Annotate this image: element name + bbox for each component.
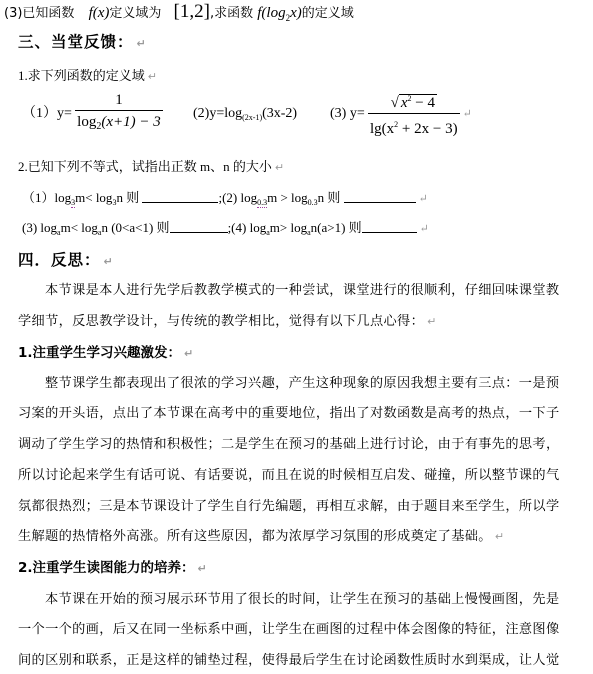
paragraph-mark-icon: ↵ xyxy=(184,347,193,360)
point-2-line-1: 本节课在开始的预习展示环节用了很长的时间，让学生在预习的基础上慢慢画图，先是 xyxy=(18,592,559,608)
ineq-text: n 则 xyxy=(116,190,139,205)
task-1-formula-3: (3) y= √x2 − 4 lg(x2 + 2x − 3) ↵ xyxy=(330,90,472,138)
point-title: 1.注重学生学习兴趣激发： xyxy=(18,345,181,361)
denominator: log2(x+1) − 3 xyxy=(75,110,163,136)
ineq-text: m> log xyxy=(270,220,307,235)
point-text: 生解题的热情格外高涨。所有这些原因，都为浓厚学习氛围的形成奠定了基础。 xyxy=(18,529,492,544)
point-2-heading: 2.注重学生读图能力的培养：↵ xyxy=(18,560,207,577)
numerator: 1 xyxy=(75,92,163,110)
paragraph-mark-icon: ↵ xyxy=(427,315,437,328)
ineq-text: n (0<a<1) 则 xyxy=(101,220,169,235)
ineq-label: ;(2) log xyxy=(218,190,257,205)
fraction: √x2 − 4 lg(x2 + 2x − 3) xyxy=(368,90,460,138)
paragraph-mark-icon: ↵ xyxy=(495,530,505,543)
point-title: 2.注重学生读图能力的培养： xyxy=(18,560,195,576)
section-title: 三、当堂反馈： xyxy=(18,33,134,51)
log-arg: (x+1) − 3 xyxy=(101,114,160,130)
question-mid: 定义域为 xyxy=(109,6,161,21)
paragraph-mark-icon: ↵ xyxy=(148,70,157,83)
reflection-intro-line-1: 本节课是本人进行先学后教教学模式的一种尝试，课堂进行的很顺利，仔细回味课堂教 xyxy=(18,283,559,299)
answer-blank-3[interactable] xyxy=(170,220,228,233)
denominator: lg(x2 + 2x − 3) xyxy=(368,113,460,138)
paragraph-mark-icon: ↵ xyxy=(463,108,472,120)
point-1-heading: 1.注重学生学习兴趣激发：↵ xyxy=(18,345,193,362)
task-1-title: 1.求下列函数的定义域↵ xyxy=(18,68,157,85)
interval-expr: [1,2] xyxy=(174,1,210,22)
section-4-heading: 四．反思：↵ xyxy=(18,252,114,270)
log-base: (2x-1) xyxy=(242,113,262,122)
formula-label: (2)y=log xyxy=(193,106,242,121)
task-1-formula-1: （1）y= 1 log2(x+1) − 3 xyxy=(22,92,163,136)
section-3-heading: 三、当堂反馈：↵ xyxy=(18,34,147,52)
den-pre: lg(x xyxy=(370,121,394,137)
ineq-text: m< log xyxy=(61,220,98,235)
composite-fn-open: f(log xyxy=(257,5,285,21)
paragraph-mark-icon: ↵ xyxy=(104,255,114,268)
section-title: 四．反思： xyxy=(18,251,101,269)
point-1-line-1: 整节课学生都表现出了很浓的学习兴趣，产生这种现象的原因我想主要有三点：一是预 xyxy=(18,376,559,392)
point-1-line-6: 生解题的热情格外高涨。所有这些原因，都为浓厚学习氛围的形成奠定了基础。↵ xyxy=(18,529,504,545)
numerator: √x2 − 4 xyxy=(368,90,460,113)
question-3-line: (3)已知函数 f(x)定义域为 [1,2],求函数 f(log2x)的定义域 xyxy=(4,4,354,26)
log-arg: (3x-2) xyxy=(262,106,297,121)
ineq-text: m< log xyxy=(75,190,112,205)
point-1-line-4: 所以讨论起来学生有话可说、有话要说，而且在说的时候相互启发、碰撞，所以整节课的气 xyxy=(18,468,560,484)
answer-blank-2[interactable] xyxy=(344,190,416,203)
task-title: 1.求下列函数的定义域 xyxy=(18,68,145,83)
radicand-var: x xyxy=(401,95,408,111)
paragraph-mark-icon: ↵ xyxy=(419,193,428,205)
paragraph-mark-icon: ↵ xyxy=(275,161,284,174)
intro-text: 学细节，反思教学设计，与传统的教学相比，觉得有以下几点心得： xyxy=(18,314,424,329)
point-1-line-3: 调动了学生学习的热情和积极性；二是学生在预习的基础上进行讨论，由于有事先的思考， xyxy=(18,437,560,453)
log-base: 0.3 xyxy=(257,198,267,208)
task-2-row-2: (3) logam< logan (0<a<1) 则;(4) logam> lo… xyxy=(22,220,429,241)
ineq-label: （1）log xyxy=(22,190,71,205)
ineq-label: ;(4) log xyxy=(228,220,267,235)
ineq-text: m > log xyxy=(267,190,308,205)
answer-blank-1[interactable] xyxy=(142,190,218,203)
paragraph-mark-icon: ↵ xyxy=(137,37,147,50)
fraction: 1 log2(x+1) − 3 xyxy=(75,92,163,136)
ineq-text: n(a>1) 则 xyxy=(311,220,362,235)
fx-expr: f(x) xyxy=(89,5,110,21)
point-2-line-2: 一个一个的画，后又在同一坐标系中画，让学生在画图的过程中体会图像的特征，注意图像 xyxy=(18,622,560,638)
ineq-text: n 则 xyxy=(318,190,341,205)
question-mid2: ,求函数 xyxy=(210,6,253,21)
paragraph-mark-icon: ↵ xyxy=(420,223,429,235)
formula-label: (3) y= xyxy=(330,106,365,121)
point-1-line-2: 习案的开头语，点出了本节课在高考中的重要地位，指出了对数函数是高考的热点，一下子 xyxy=(18,406,560,422)
answer-blank-4[interactable] xyxy=(362,220,417,233)
task-1-formula-2: (2)y=log(2x-1)(3x-2) xyxy=(193,106,297,126)
point-2-line-3: 间的区别和联系，正是这样的铺垫过程，使得最后学生在讨论函数性质时水到渠成，让人觉 xyxy=(18,653,560,669)
ineq-label: (3) log xyxy=(22,220,57,235)
task-2-row-1: （1）log3m< log3n 则 ;(2) log0.3m > log0.3n… xyxy=(22,190,428,211)
log-base: 0.3 xyxy=(308,198,318,207)
formula-label: （1）y= xyxy=(22,106,72,121)
paragraph-mark-icon: ↵ xyxy=(198,562,207,575)
question-prefix: (3)已知函数 xyxy=(4,6,74,21)
reflection-intro-line-2: 学细节，反思教学设计，与传统的教学相比，觉得有以下几点心得：↵ xyxy=(18,314,437,330)
task-title: 2.已知下列不等式，试指出正数 m、n 的大小 xyxy=(18,159,272,174)
question-suffix: 的定义域 xyxy=(302,6,354,21)
task-2-title: 2.已知下列不等式，试指出正数 m、n 的大小↵ xyxy=(18,159,284,176)
point-1-line-5: 氛都很热烈；三是本节课设计了学生自行先编题，再相互求解，由于题目来至学生，所以学 xyxy=(18,499,560,515)
radicand-rest: − 4 xyxy=(412,95,435,111)
den-rest: + 2x − 3) xyxy=(398,121,457,137)
log-text: log xyxy=(77,114,96,130)
composite-fn-close: x) xyxy=(290,5,302,21)
